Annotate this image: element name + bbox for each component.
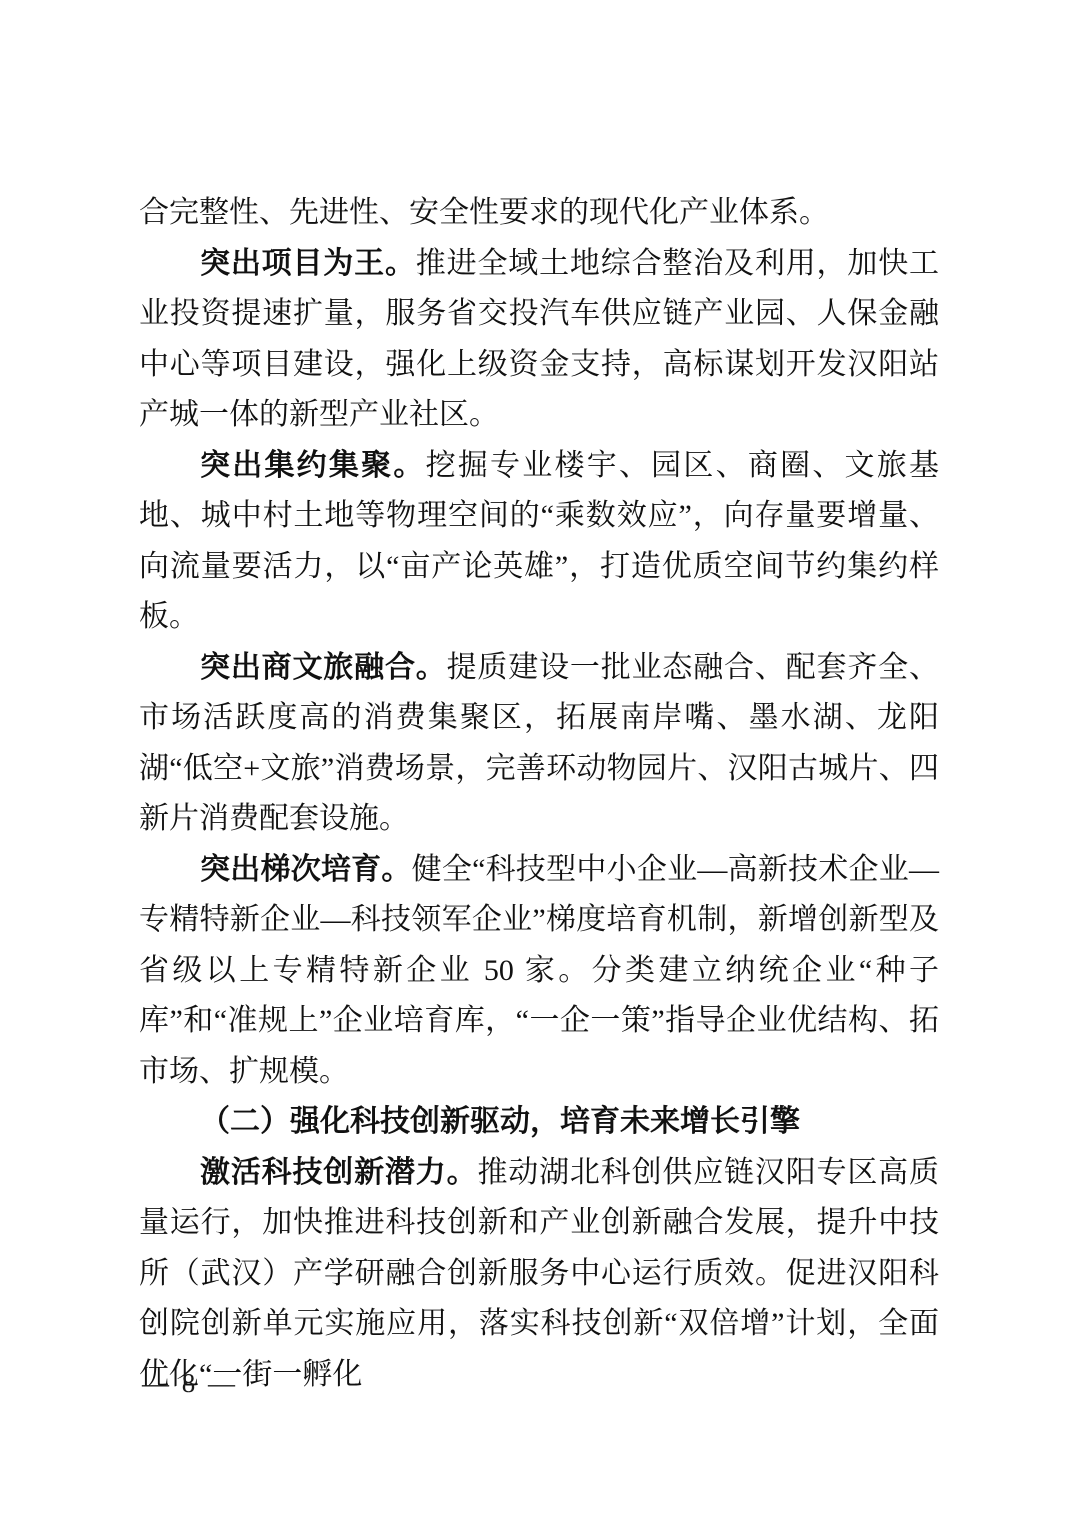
section-heading-text: （二）强化科技创新驱动，培育未来增长引擎 bbox=[200, 1105, 800, 1138]
paragraph-project-first: 突出项目为王。推进全域土地综合整治及利用，加快工业投资提速扩量，服务省交投汽车供… bbox=[139, 239, 939, 441]
paragraph-continuation: 合完整性、先进性、安全性要求的现代化产业体系。 bbox=[139, 188, 939, 239]
paragraph-lead: 突出梯次培育。 bbox=[200, 853, 412, 886]
paragraph-lead: 突出项目为王。 bbox=[200, 247, 416, 280]
document-text-body: 合完整性、先进性、安全性要求的现代化产业体系。 突出项目为王。推进全域土地综合整… bbox=[139, 188, 939, 1400]
paragraph-tiered-cultivation: 突出梯次培育。健全“科技型中小企业—高新技术企业—专精特新企业—科技领军企业”梯… bbox=[139, 845, 939, 1098]
paragraph-commerce-culture-tourism: 突出商文旅融合。提质建设一批业态融合、配套齐全、市场活跃度高的消费集聚区，拓展南… bbox=[139, 643, 939, 845]
paragraph-text: 合完整性、先进性、安全性要求的现代化产业体系。 bbox=[139, 196, 829, 229]
document-page: 合完整性、先进性、安全性要求的现代化产业体系。 突出项目为王。推进全域土地综合整… bbox=[0, 0, 1074, 1520]
paragraph-text: 健全“科技型中小企业—高新技术企业—专精特新企业—科技领军企业”梯度培育机制，新… bbox=[139, 853, 939, 1088]
paragraph-intensive-agglomeration: 突出集约集聚。挖掘专业楼宇、园区、商圈、文旅基地、城中村土地等物理空间的“乘数效… bbox=[139, 441, 939, 643]
paragraph-sci-tech-innovation: 激活科技创新潜力。推动湖北科创供应链汉阳专区高质量运行，加快推进科技创新和产业创… bbox=[139, 1148, 939, 1401]
paragraph-lead: 突出集约集聚。 bbox=[200, 449, 426, 482]
section-heading: （二）强化科技创新驱动，培育未来增长引擎 bbox=[139, 1097, 939, 1148]
paragraph-lead: 突出商文旅融合。 bbox=[200, 651, 447, 684]
paragraph-lead: 激活科技创新潜力。 bbox=[200, 1156, 477, 1189]
paragraph-text: 推动湖北科创供应链汉阳专区高质量运行，加快推进科技创新和产业创新融合发展，提升中… bbox=[139, 1156, 939, 1391]
page-number: — 8 — bbox=[142, 1368, 238, 1399]
